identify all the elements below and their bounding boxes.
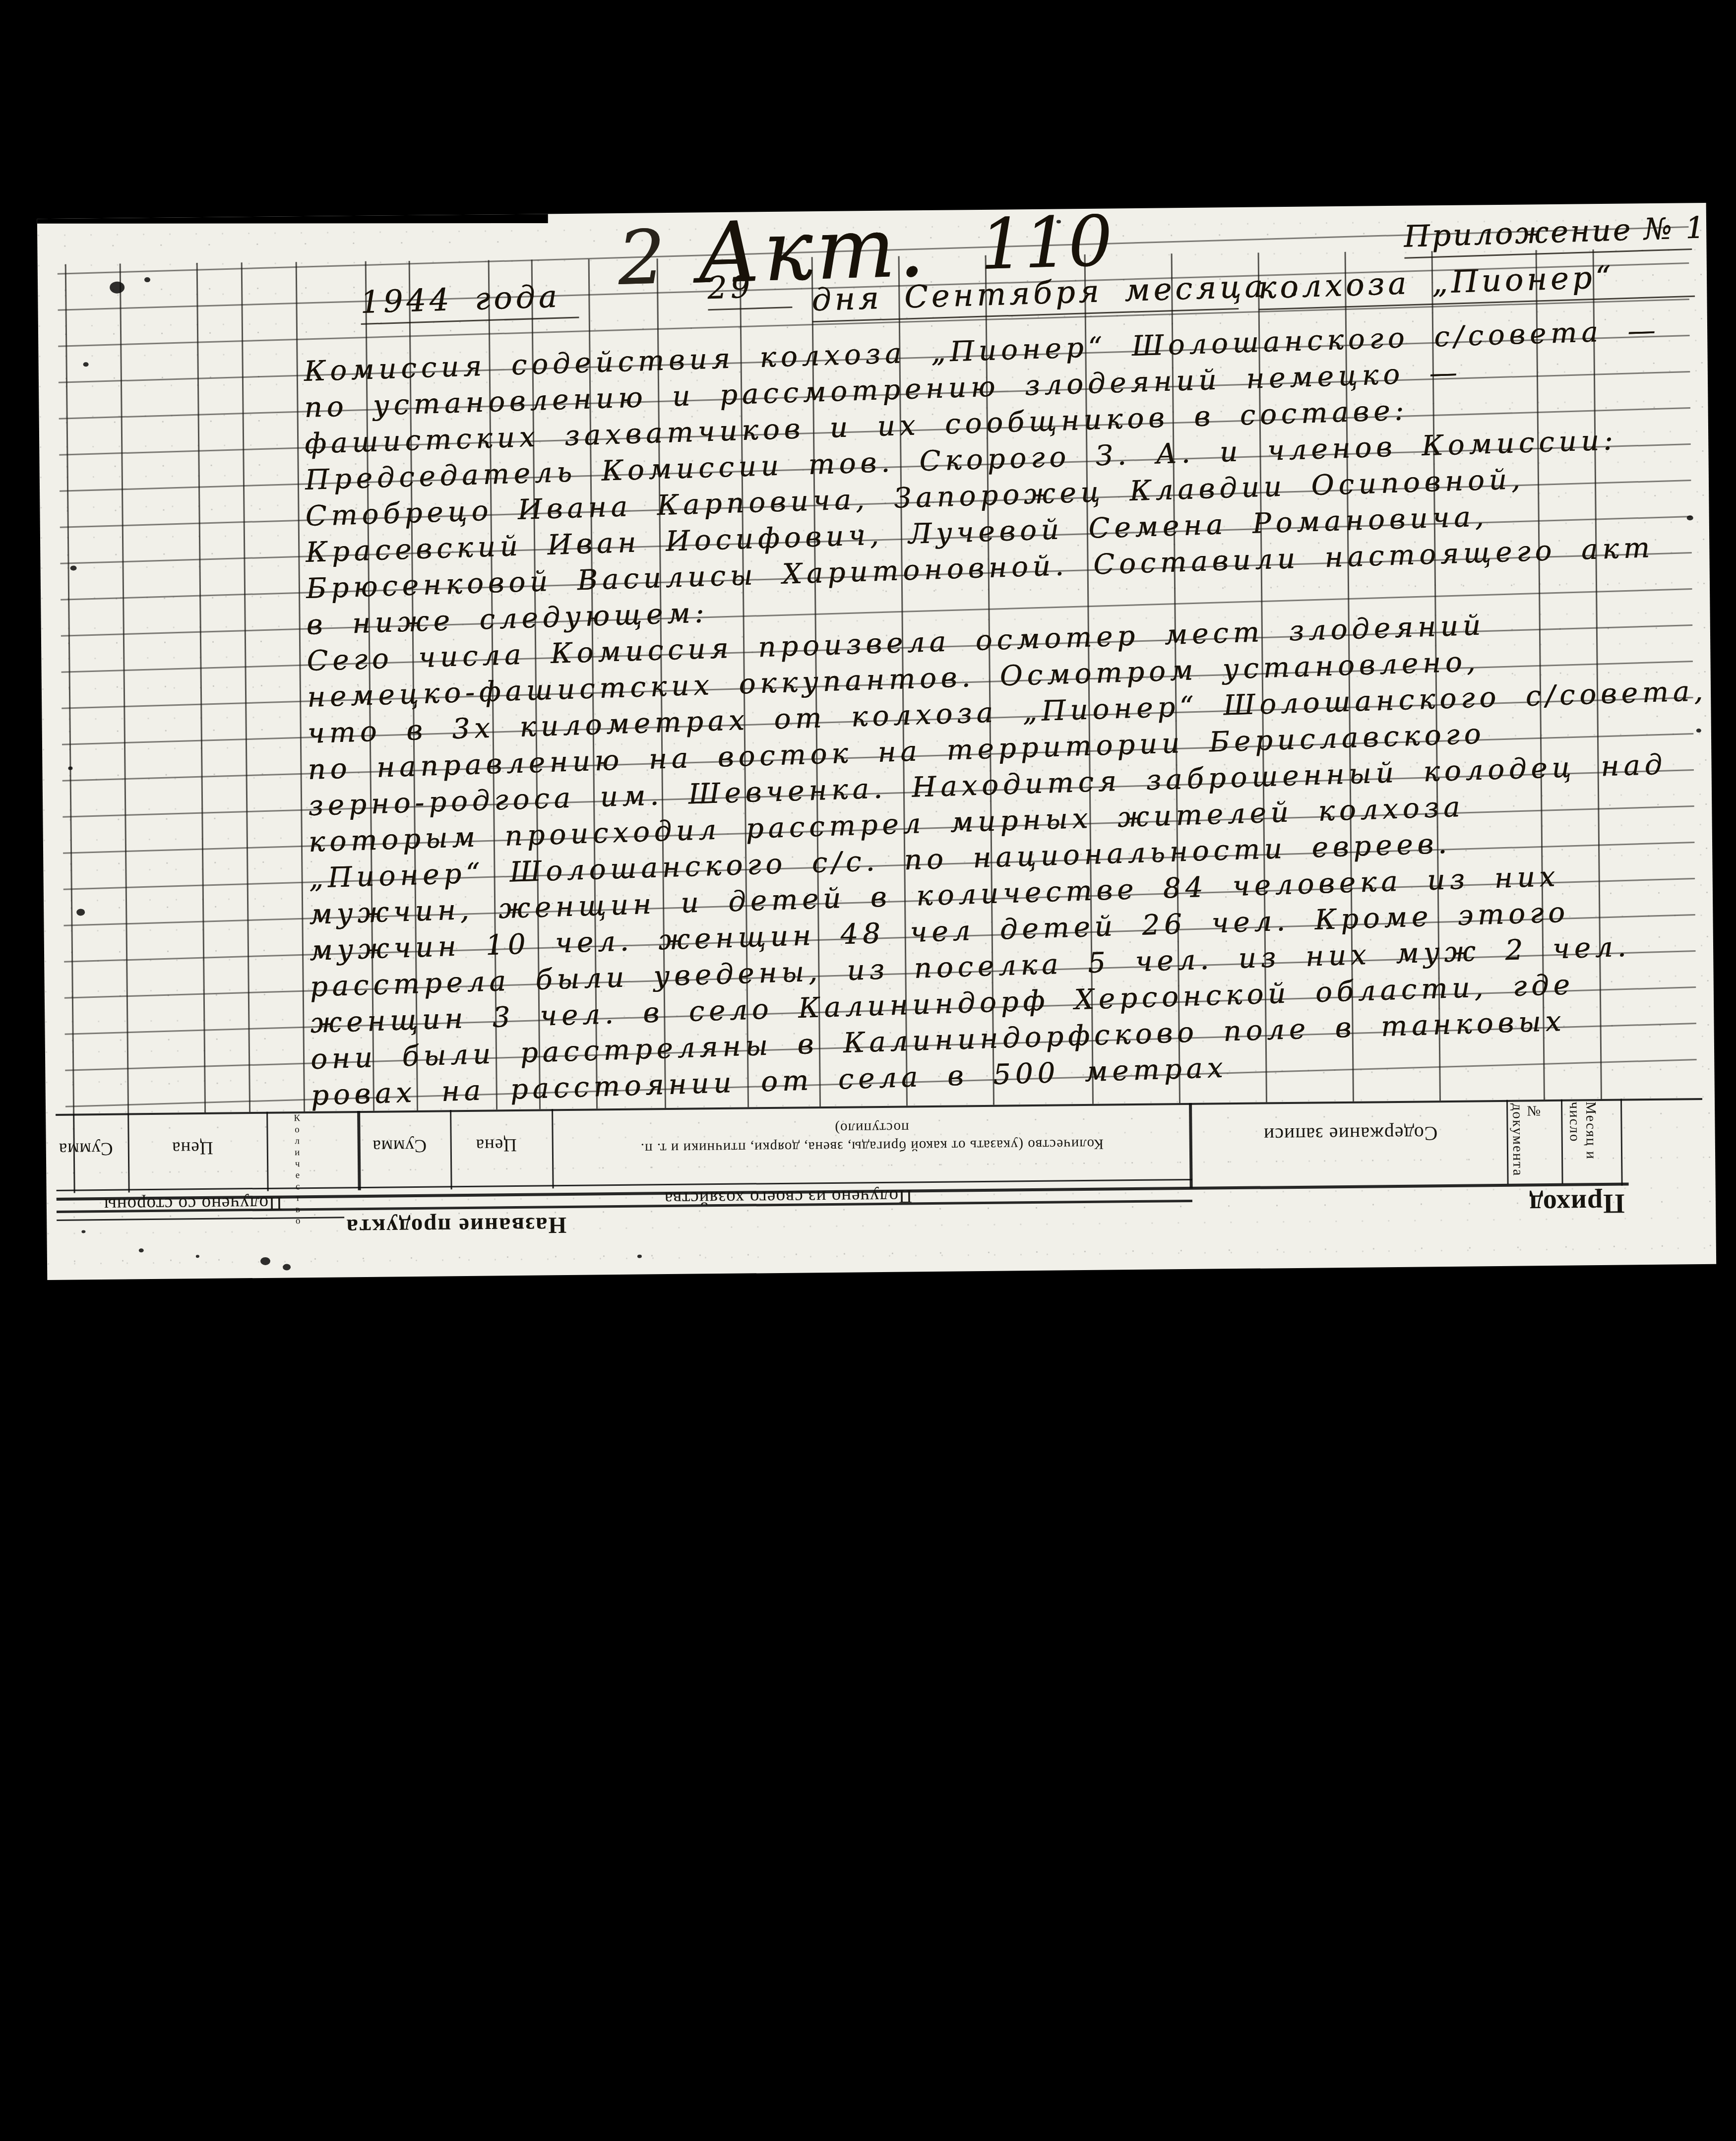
column-month-day-label: Месяц и число bbox=[1566, 1101, 1600, 1186]
ink-speck bbox=[859, 529, 862, 532]
column-rule bbox=[65, 264, 74, 1114]
ink-speck bbox=[283, 1264, 291, 1270]
income-section-title: Приход bbox=[1525, 1187, 1629, 1220]
ink-speck bbox=[81, 1230, 85, 1233]
column-rule bbox=[241, 262, 250, 1112]
column-price-left-label: Цена bbox=[121, 1137, 264, 1160]
scanned-document-background: 2 Акт. 110 Приложение № 1. 1944 года 29 … bbox=[0, 0, 1736, 2141]
ink-speck bbox=[637, 1255, 642, 1258]
ink-speck bbox=[68, 767, 72, 770]
column-quantity-label: Количество bbox=[291, 1113, 303, 1205]
ink-speck bbox=[139, 1248, 144, 1252]
ink-speck bbox=[110, 282, 124, 294]
ink-speck bbox=[260, 1257, 270, 1265]
product-name-header: Название продукта bbox=[327, 1212, 585, 1241]
ink-speck bbox=[83, 362, 89, 367]
form-cell-border bbox=[1620, 1099, 1623, 1186]
column-doc-number-label: № документа bbox=[1509, 1103, 1543, 1185]
ink-speck bbox=[1687, 515, 1693, 521]
ink-speck bbox=[196, 1255, 199, 1258]
group-own-farm-label: Получено из своего хозяйства bbox=[624, 1185, 952, 1210]
column-rule bbox=[196, 263, 206, 1112]
ink-speck bbox=[144, 277, 150, 282]
ink-speck bbox=[76, 909, 85, 916]
column-quantity-note-label: Количество (указать от какой бригады, зв… bbox=[601, 1116, 1142, 1158]
ink-speck bbox=[70, 565, 77, 571]
date-year: 1944 года bbox=[360, 278, 579, 325]
ink-speck bbox=[1696, 729, 1701, 733]
column-rule bbox=[120, 264, 129, 1113]
column-sum-2-label: Сумма bbox=[351, 1135, 448, 1157]
column-record-content-label: Содержание записи bbox=[1201, 1121, 1499, 1148]
document-paper: 2 Акт. 110 Приложение № 1. 1944 года 29 … bbox=[37, 203, 1716, 1280]
form-band-rule bbox=[56, 1098, 1702, 1116]
form-cell-border bbox=[1561, 1100, 1563, 1184]
group-outside-label: Получено со стороны bbox=[76, 1192, 310, 1216]
annex-note: Приложение № 1. bbox=[1403, 211, 1692, 259]
form-cell-border bbox=[1189, 1103, 1193, 1188]
column-price-2-label: Цена bbox=[443, 1134, 550, 1156]
form-cell-border bbox=[552, 1109, 554, 1188]
date-farm-name: колхоза „Пионер“ bbox=[1257, 256, 1695, 310]
column-rule bbox=[296, 262, 305, 1111]
scan-artifact-top-strip bbox=[37, 204, 548, 224]
form-cell-border bbox=[1506, 1100, 1509, 1184]
handwritten-scribble: 2 bbox=[617, 214, 667, 302]
date-day: 29 bbox=[707, 267, 792, 310]
form-cell-border bbox=[266, 1112, 269, 1191]
